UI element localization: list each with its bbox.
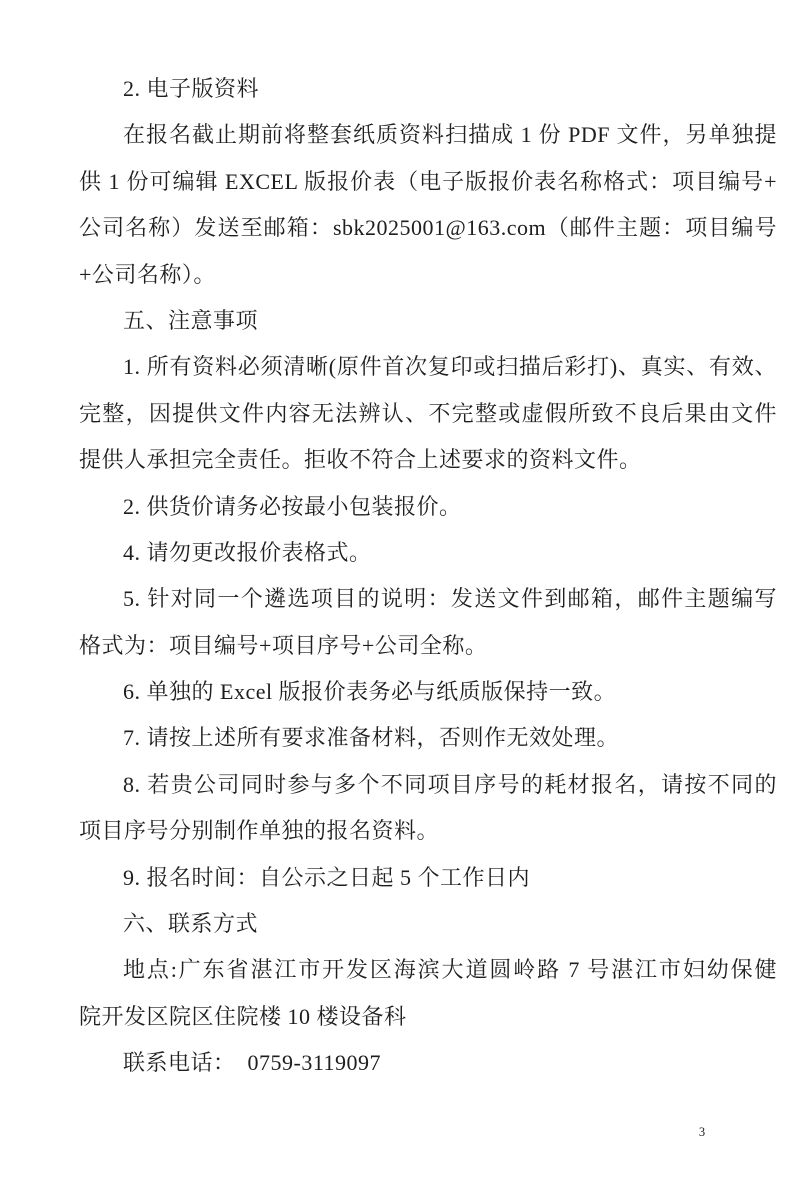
page-number: 3 <box>692 1124 712 1140</box>
text-line: 院开发区院区住院楼 10 楼设备科 <box>79 994 777 1040</box>
text-line: 格式为：项目编号+项目序号+公司全称。 <box>79 623 777 669</box>
document-page: 2. 电子版资料在报名截止期前将整套纸质资料扫描成 1 份 PDF 文件，另单独… <box>0 0 801 1189</box>
text-line: 六、联系方式 <box>79 901 777 947</box>
text-line: 8. 若贵公司同时参与多个不同项目序号的耗材报名，请按不同的 <box>79 762 777 808</box>
text-line: 完整，因提供文件内容无法辨认、不完整或虚假所致不良后果由文件 <box>79 391 777 437</box>
text-line: 9. 报名时间：自公示之日起 5 个工作日内 <box>79 855 777 901</box>
text-line: 1. 所有资料必须清晰(原件首次复印或扫描后彩打)、真实、有效、 <box>79 344 777 390</box>
text-line: 联系电话： 0759-3119097 <box>79 1040 777 1086</box>
text-line: 五、注意事项 <box>79 298 777 344</box>
text-line: 2. 电子版资料 <box>79 66 777 112</box>
text-line: 供 1 份可编辑 EXCEL 版报价表（电子版报价表名称格式：项目编号+ <box>79 159 777 205</box>
text-line: +公司名称）。 <box>79 252 777 298</box>
document-body: 2. 电子版资料在报名截止期前将整套纸质资料扫描成 1 份 PDF 文件，另单独… <box>79 66 777 1087</box>
text-line: 4. 请勿更改报价表格式。 <box>79 530 777 576</box>
text-line: 地点:广东省湛江市开发区海滨大道圆岭路 7 号湛江市妇幼保健 <box>79 947 777 993</box>
text-line: 5. 针对同一个遴选项目的说明：发送文件到邮箱，邮件主题编写 <box>79 576 777 622</box>
text-line: 6. 单独的 Excel 版报价表务必与纸质版保持一致。 <box>79 669 777 715</box>
text-line: 在报名截止期前将整套纸质资料扫描成 1 份 PDF 文件，另单独提 <box>79 112 777 158</box>
text-line: 公司名称）发送至邮箱：sbk2025001@163.com（邮件主题：项目编号 <box>79 205 777 251</box>
text-line: 提供人承担完全责任。拒收不符合上述要求的资料文件。 <box>79 437 777 483</box>
text-line: 2. 供货价请务必按最小包装报价。 <box>79 484 777 530</box>
text-line: 项目序号分别制作单独的报名资料。 <box>79 808 777 854</box>
text-line: 7. 请按上述所有要求准备材料，否则作无效处理。 <box>79 715 777 761</box>
